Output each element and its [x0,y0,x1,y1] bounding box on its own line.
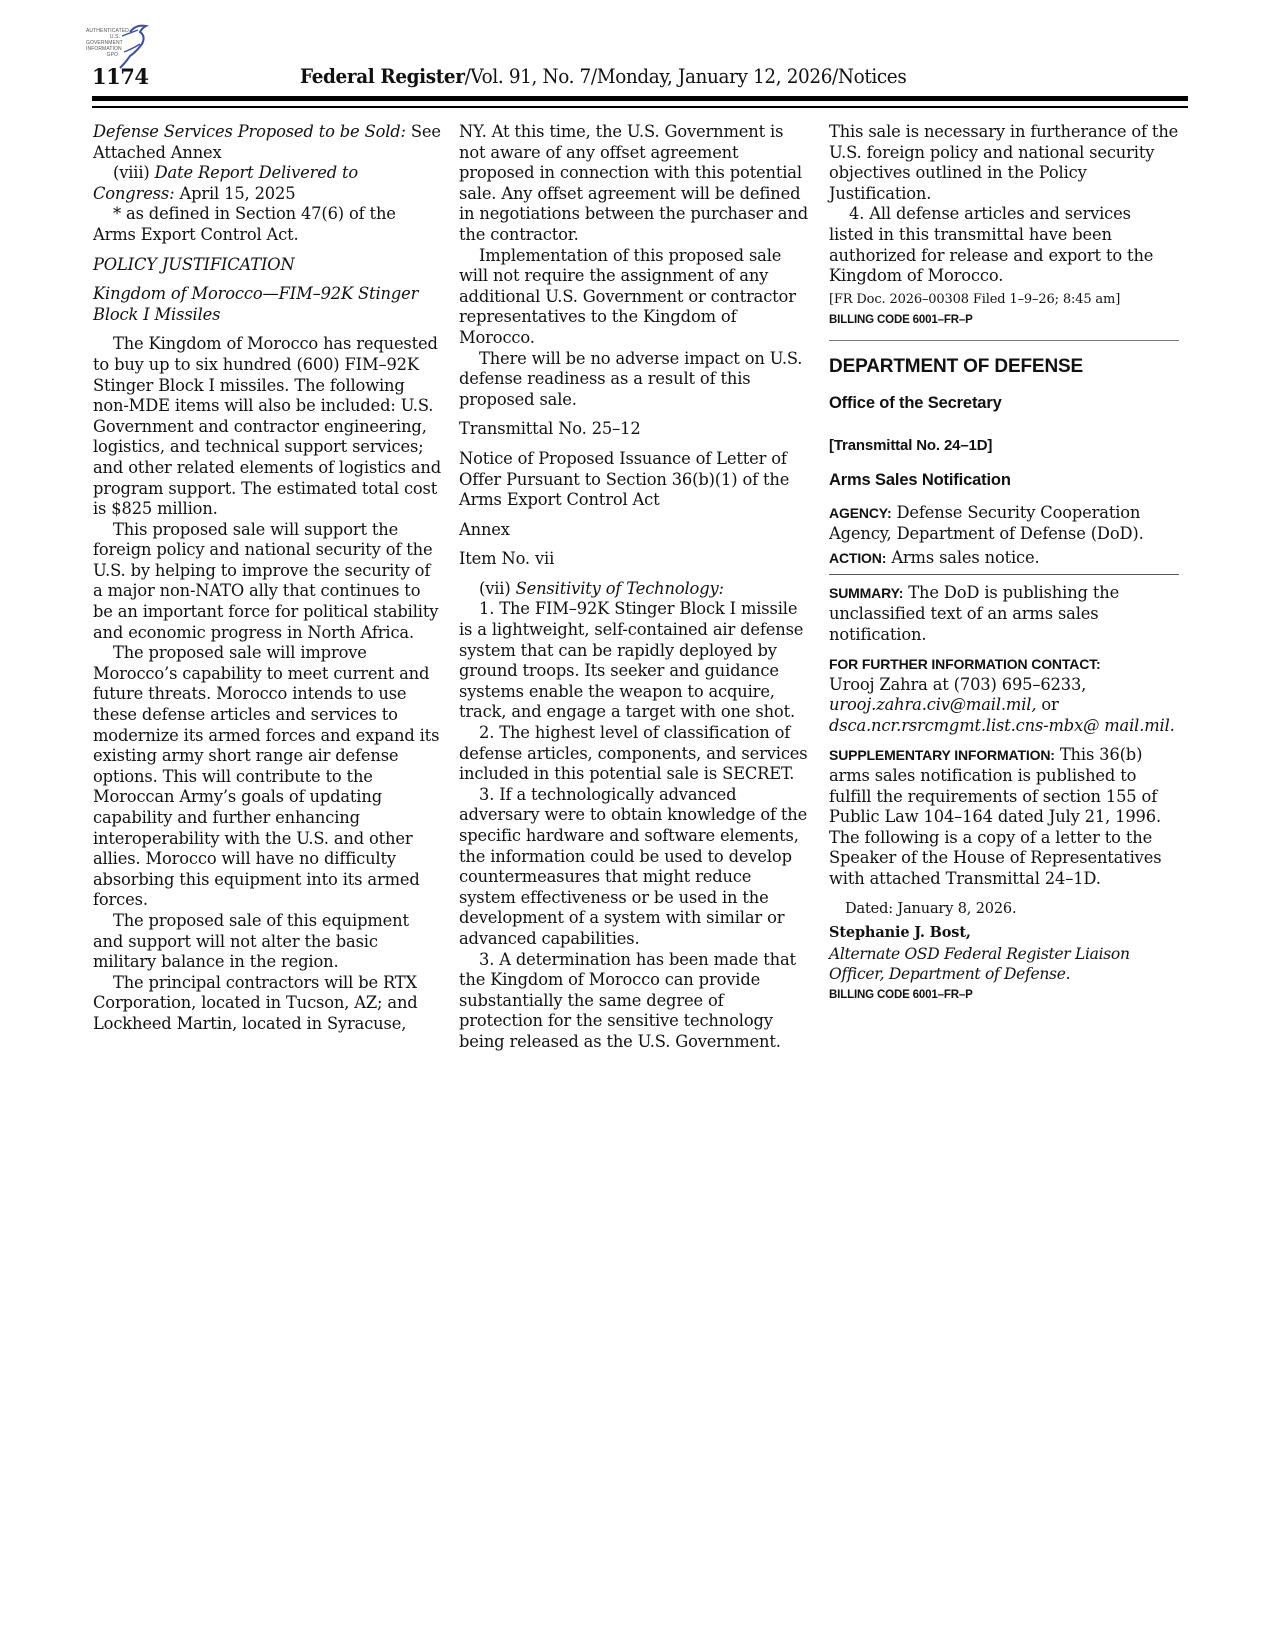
contact-email-link[interactable]: dsca.ncr.rsrcmgmt.list.cns-mbx@ mail.mil… [829,716,1175,735]
section-divider [829,340,1179,342]
action-label: ACTION: [829,550,886,566]
contact-email-link[interactable]: urooj.zahra.civ@mail.mil, [829,695,1036,714]
numbered-item: 2. The highest level of classification o… [459,723,809,785]
summary-divider [829,574,1179,576]
agency-label: AGENCY: [829,505,891,521]
date-value: April 15, 2025 [179,184,295,203]
notice-title: Notice of Proposed Issuance of Letter of… [459,449,809,511]
document-title: Arms Sales Notification [829,470,1179,491]
header-rule-thin [92,106,1188,108]
column-3: This sale is necessary in furtherance of… [829,122,1179,1003]
docket-number: [Transmittal No. 24–1D] [829,436,1179,457]
date-report-line: (viii) Date Report Delivered to Congress… [93,163,443,204]
supplementary-value: This 36(b) arms sales notification is pu… [829,745,1161,888]
column-2: NY. At this time, the U.S. Government is… [459,122,809,1053]
billing-code: BILLING CODE 6001–FR–P [829,312,1179,328]
item-prefix: (vii) [479,579,511,598]
paragraph: Implementation of this proposed sale wil… [459,246,809,349]
supplementary-field: SUPPLEMENTARY INFORMATION: This 36(b) ar… [829,745,1179,889]
fr-doc-line: [FR Doc. 2026–00308 Filed 1–9–26; 8:45 a… [829,291,1179,309]
agency-heading: DEPARTMENT OF DEFENSE [829,355,1179,379]
paragraph: The principal contractors will be RTX Co… [93,973,443,1035]
signer-name: Stephanie J. Bost, [829,923,1179,944]
item-number: Item No. vii [459,549,809,570]
running-head-title: Federal Register/Vol. 91, No. 7/Monday, … [300,64,906,88]
continuation-paragraph: This sale is necessary in furtherance of… [829,122,1179,204]
numbered-item: 3. If a technologically advanced adversa… [459,785,809,950]
supplementary-label: SUPPLEMENTARY INFORMATION: [829,747,1055,763]
contact-label: FOR FURTHER INFORMATION CONTACT: [829,656,1101,672]
action-field: ACTION: Arms sales notice. [829,548,1179,569]
header-rule-thick [92,96,1188,101]
billing-code: BILLING CODE 6001–FR–P [829,987,1179,1003]
transmittal-number: Transmittal No. 25–12 [459,419,809,440]
summary-field: SUMMARY: The DoD is publishing the uncla… [829,583,1179,645]
numbered-item: 4. All defense articles and services lis… [829,204,1179,286]
gpo-logo-text: AUTHENTICATED U.S. GOVERNMENT INFORMATIO… [86,28,120,58]
services-line: Defense Services Proposed to be Sold: Se… [93,122,443,163]
sensitivity-line: (vii) Sensitivity of Technology: [459,579,809,600]
numbered-item: 1. The FIM–92K Stinger Block I missile i… [459,599,809,723]
volume-info: /Vol. 91, No. 7/Monday, January 12, 2026… [465,64,907,88]
numbered-item: 3. A determination has been made that th… [459,950,809,1053]
document-page: AUTHENTICATED U.S. GOVERNMENT INFORMATIO… [0,0,1275,1650]
contact-or: or [1036,695,1058,714]
contact-field: FOR FURTHER INFORMATION CONTACT:Urooj Za… [829,654,1179,736]
policy-heading: POLICY JUSTIFICATION [93,255,443,276]
subject-title: Kingdom of Morocco—FIM–92K Stinger Block… [93,284,443,325]
paragraph: The proposed sale will improve Morocco’s… [93,643,443,911]
paragraph: There will be no adverse impact on U.S. … [459,349,809,411]
dated-line: Dated: January 8, 2026. [829,899,1179,920]
logo-line: GPO [86,52,120,58]
column-1: Defense Services Proposed to be Sold: Se… [93,122,443,1035]
page-number: 1174 [92,64,148,89]
services-label: Defense Services Proposed to be Sold: [93,122,406,141]
eagle-icon [116,22,166,70]
sensitivity-label: Sensitivity of Technology: [516,579,724,598]
paragraph: This proposed sale will support the fore… [93,520,443,644]
running-header: 1174 Federal Register/Vol. 91, No. 7/Mon… [92,64,1188,94]
signer-title: Alternate OSD Federal Register Liaison O… [829,944,1179,985]
item-prefix: (viii) [113,163,150,182]
annex-heading: Annex [459,520,809,541]
logo-line: U.S. GOVERNMENT [86,34,120,46]
sub-agency-heading: Office of the Secretary [829,393,1179,414]
paragraph: The proposed sale of this equipment and … [93,911,443,973]
footnote: * as defined in Section 47(6) of the Arm… [93,204,443,245]
summary-label: SUMMARY: [829,585,903,601]
publication-name: Federal Register [300,64,465,88]
contact-name: Urooj Zahra at (703) 695–6233, [829,675,1086,694]
action-value: Arms sales notice. [891,548,1039,567]
agency-field: AGENCY: Defense Security Cooperation Age… [829,503,1179,544]
paragraph: The Kingdom of Morocco has requested to … [93,334,443,519]
continuation-paragraph: NY. At this time, the U.S. Government is… [459,122,809,246]
